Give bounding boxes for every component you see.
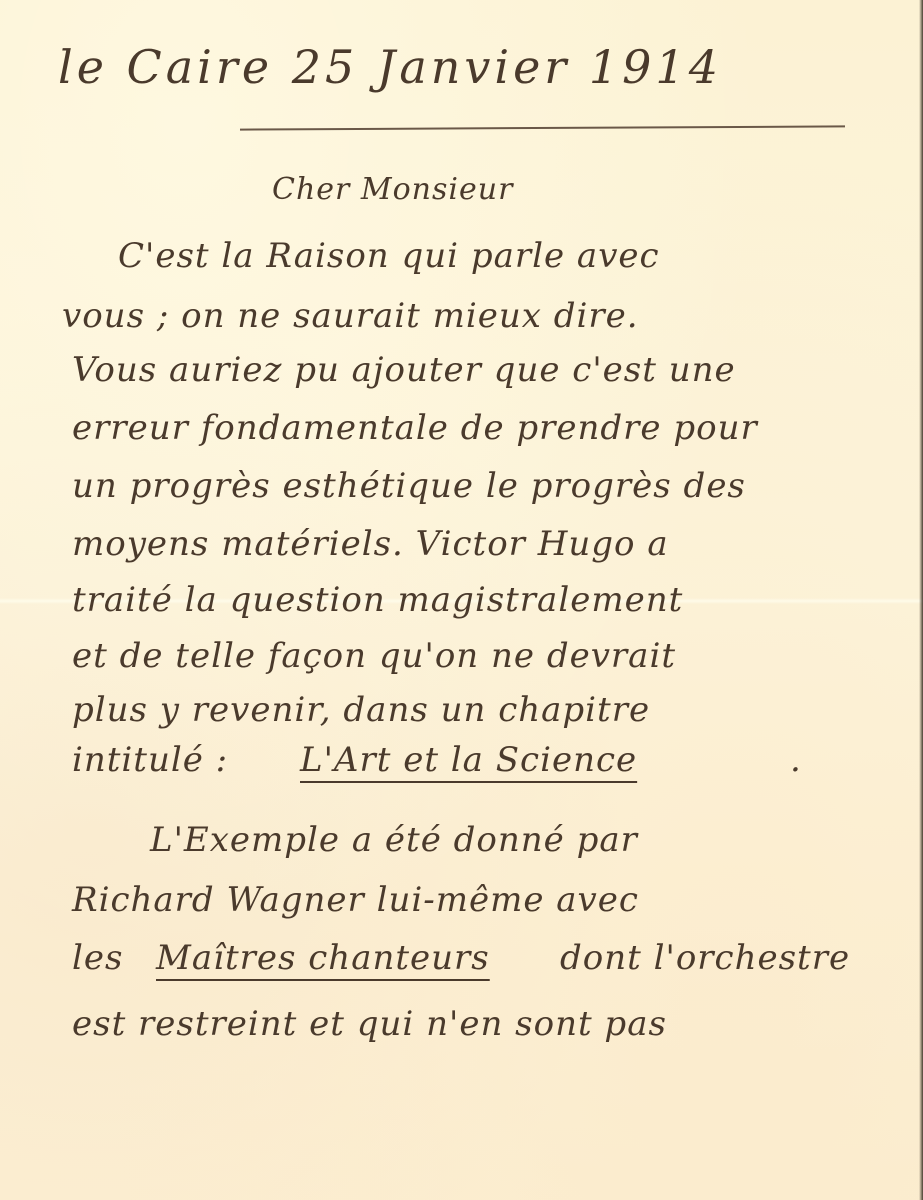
paper-right-edge	[919, 0, 923, 1200]
salutation: Cher Monsieur	[272, 172, 513, 207]
letter-line: C'est la Raison qui parle avec	[118, 236, 660, 276]
header-rule	[240, 125, 845, 130]
letter-line: plus y revenir, dans un chapitre	[72, 690, 650, 730]
underlined-title: L'Art et la Science	[300, 740, 637, 780]
letter-line: moyens matériels. Victor Hugo a	[72, 524, 669, 564]
underlined-title: Maîtres chanteurs	[156, 938, 490, 978]
dateline: le Caire 25 Janvier 1914	[58, 40, 722, 94]
letter-line: les	[72, 938, 123, 978]
letter-line: vous ; on ne saurait mieux dire.	[62, 296, 639, 336]
letter-line: L'Exemple a été donné par	[150, 820, 638, 860]
letter-line: un progrès esthétique le progrès des	[72, 466, 746, 506]
letter-line: Richard Wagner lui-même avec	[72, 880, 639, 920]
letter-page: le Caire 25 Janvier 1914 Cher Monsieur C…	[0, 0, 923, 1200]
letter-line: traité la question magistralement	[72, 580, 683, 620]
letter-line: dont l'orchestre	[560, 938, 850, 978]
letter-line: Vous auriez pu ajouter que c'est une	[72, 350, 736, 390]
letter-line: intitulé :	[72, 740, 228, 780]
punctuation: .	[790, 740, 802, 780]
letter-line: erreur fondamentale de prendre pour	[72, 408, 758, 448]
letter-line: est restreint et qui n'en sont pas	[72, 1004, 667, 1044]
letter-line: et de telle façon qu'on ne devrait	[72, 636, 676, 676]
